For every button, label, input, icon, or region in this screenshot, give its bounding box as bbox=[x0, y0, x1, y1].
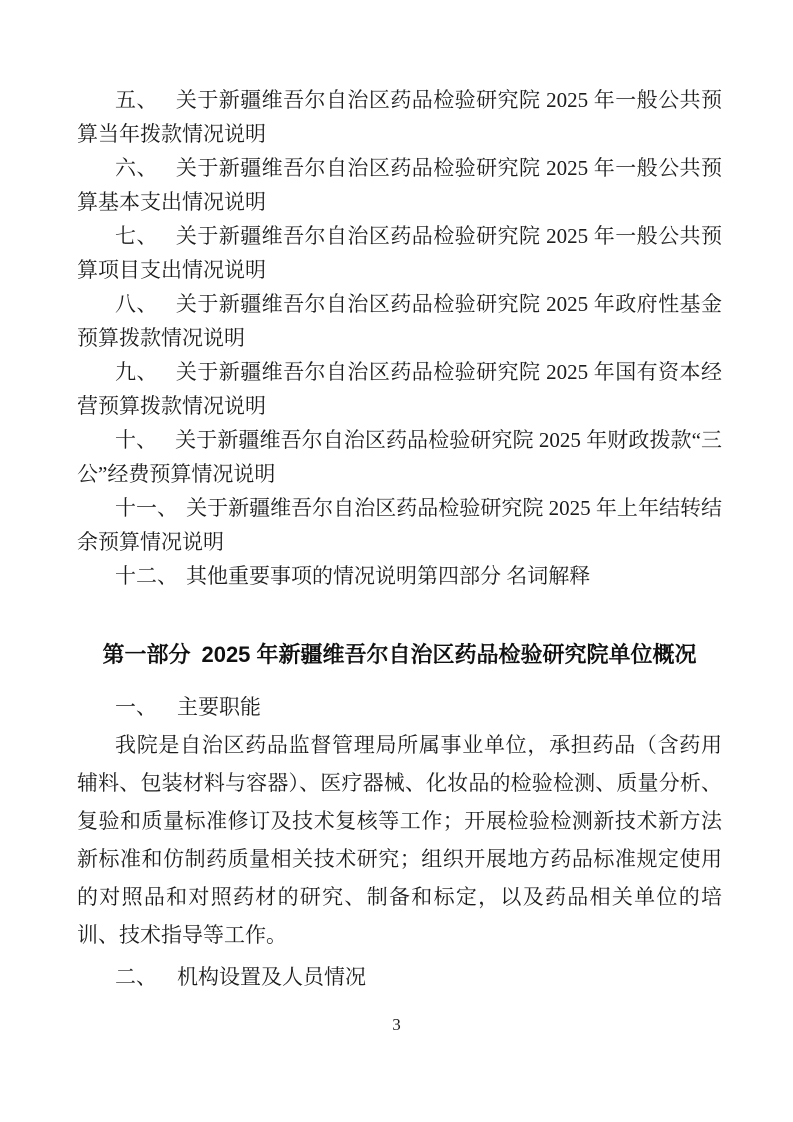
section-title: 机构设置及人员情况 bbox=[177, 965, 366, 989]
section-heading-main-functions: 一、主要职能 bbox=[77, 690, 722, 724]
toc-item-number: 十二、 bbox=[115, 564, 178, 588]
toc-item-6: 六、关于新疆维吾尔自治区药品检验研究院 2025 年一般公共预算基本支出情况说明 bbox=[77, 151, 722, 219]
toc-item-number: 八、 bbox=[115, 292, 158, 316]
toc-item-11: 十一、关于新疆维吾尔自治区药品检验研究院 2025 年上年结转结余预算情况说明 bbox=[77, 491, 722, 559]
toc-item-number: 五、 bbox=[115, 88, 158, 112]
toc-item-number: 十、 bbox=[115, 428, 157, 452]
toc-item-7: 七、关于新疆维吾尔自治区药品检验研究院 2025 年一般公共预算项目支出情况说明 bbox=[77, 219, 722, 287]
toc-item-9: 九、关于新疆维吾尔自治区药品检验研究院 2025 年国有资本经营预算拨款情况说明 bbox=[77, 355, 722, 423]
toc-item-number: 十一、 bbox=[115, 496, 178, 520]
document-page: 五、关于新疆维吾尔自治区药品检验研究院 2025 年一般公共预算当年拨款情况说明… bbox=[0, 0, 793, 1122]
section-heading-org-structure: 二、机构设置及人员情况 bbox=[77, 960, 722, 994]
toc-item-number: 九、 bbox=[115, 360, 158, 384]
toc-item-text: 关于新疆维吾尔自治区药品检验研究院 2025 年一般公共预算基本支出情况说明 bbox=[77, 156, 722, 214]
main-functions-paragraph: 我院是自治区药品监督管理局所属事业单位，承担药品（含药用辅料、包装材料与容器）、… bbox=[77, 726, 722, 954]
part-one-heading: 第一部分2025 年新疆维吾尔自治区药品检验研究院单位概况 bbox=[77, 638, 722, 672]
toc-item-number: 七、 bbox=[115, 224, 158, 248]
toc-item-text: 其他重要事项的情况说明第四部分 名词解释 bbox=[186, 564, 590, 588]
section-title: 主要职能 bbox=[177, 695, 261, 719]
toc-item-text: 关于新疆维吾尔自治区药品检验研究院 2025 年财政拨款“三公”经费预算情况说明 bbox=[77, 428, 722, 486]
toc-item-text: 关于新疆维吾尔自治区药品检验研究院 2025 年一般公共预算当年拨款情况说明 bbox=[77, 88, 722, 146]
toc-item-5: 五、关于新疆维吾尔自治区药品检验研究院 2025 年一般公共预算当年拨款情况说明 bbox=[77, 83, 722, 151]
page-number: 3 bbox=[0, 1013, 793, 1037]
toc-item-number: 六、 bbox=[115, 156, 158, 180]
section-number: 一、 bbox=[115, 695, 157, 719]
toc-item-8: 八、关于新疆维吾尔自治区药品检验研究院 2025 年政府性基金预算拨款情况说明 bbox=[77, 287, 722, 355]
toc-item-12: 十二、其他重要事项的情况说明第四部分 名词解释 bbox=[77, 559, 722, 593]
toc-item-text: 关于新疆维吾尔自治区药品检验研究院 2025 年一般公共预算项目支出情况说明 bbox=[77, 224, 722, 282]
toc-item-text: 关于新疆维吾尔自治区药品检验研究院 2025 年政府性基金预算拨款情况说明 bbox=[77, 292, 722, 350]
page-content: 五、关于新疆维吾尔自治区药品检验研究院 2025 年一般公共预算当年拨款情况说明… bbox=[77, 83, 722, 994]
part-label: 第一部分 bbox=[102, 642, 190, 667]
section-number: 二、 bbox=[115, 965, 157, 989]
toc-item-text: 关于新疆维吾尔自治区药品检验研究院 2025 年国有资本经营预算拨款情况说明 bbox=[77, 360, 722, 418]
part-title: 2025 年新疆维吾尔自治区药品检验研究院单位概况 bbox=[201, 642, 696, 667]
toc-item-10: 十、关于新疆维吾尔自治区药品检验研究院 2025 年财政拨款“三公”经费预算情况… bbox=[77, 423, 722, 491]
